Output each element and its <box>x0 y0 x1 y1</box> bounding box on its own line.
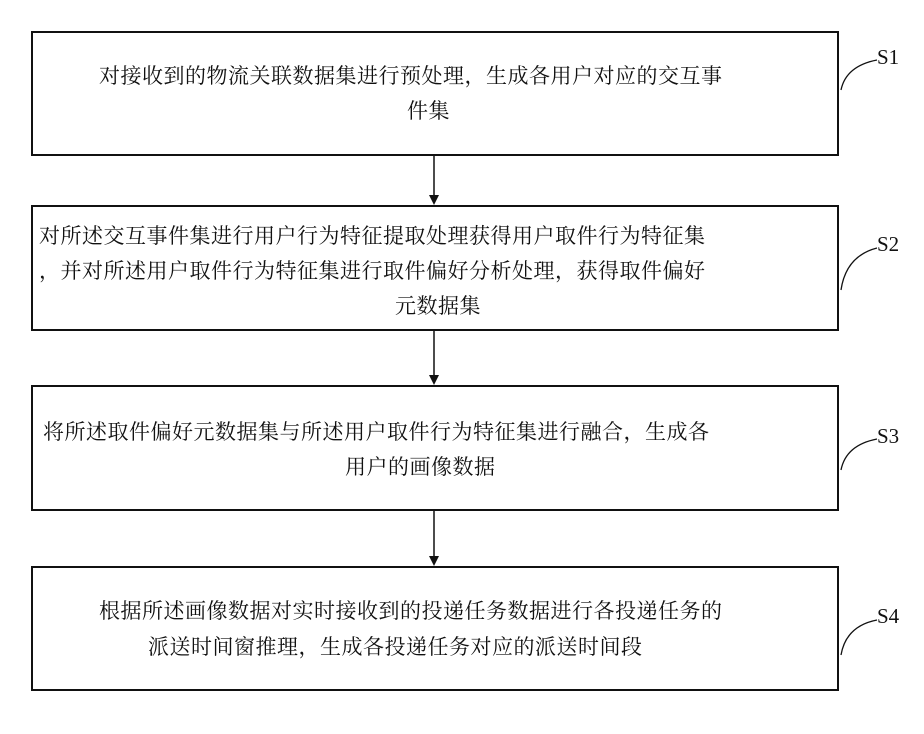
leader-curve-s4 <box>841 620 877 655</box>
arrow-s2-s3 <box>429 331 439 385</box>
step-label-s1: S1 <box>877 45 899 70</box>
leader-curve-s1 <box>841 60 877 90</box>
step-label-s2: S2 <box>877 232 899 257</box>
connectors-layer <box>0 0 924 734</box>
arrow-s1-s2 <box>429 156 439 205</box>
leader-curve-s3 <box>841 439 877 470</box>
step-label-s3: S3 <box>877 424 899 449</box>
step-label-s4: S4 <box>877 604 899 629</box>
arrow-s3-s4 <box>429 511 439 566</box>
leader-curve-s2 <box>841 248 877 290</box>
